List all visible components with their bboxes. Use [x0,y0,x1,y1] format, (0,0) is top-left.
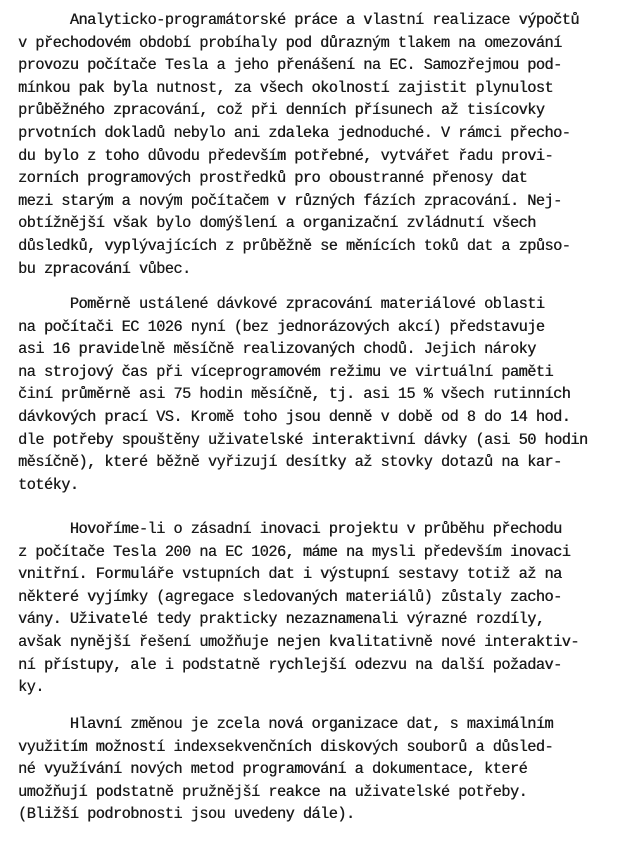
text-line: mezi starým a novým počítačem v různých … [18,190,638,213]
text-line: činí průměrně asi 75 hodin měsíčně, tj. … [18,383,638,406]
text-line: (Bližší podrobnosti jsou uvedeny dále). [18,803,638,826]
text-line: ky. [18,676,638,699]
text-line: využitím možností indexsekvenčních disko… [18,736,638,759]
paragraph-batch-processing: Poměrně ustálené dávkové zpracování mate… [18,293,638,496]
text-line: vány. Uživatelé tedy prakticky nezazname… [18,608,638,631]
text-line: dle potřeby spouštěny uživatelské intera… [18,429,638,452]
typewritten-page: Analyticko-programátorské práce a vlastn… [0,0,641,842]
text-line: umožňují podstatně pružnější reakce na u… [18,781,638,804]
text-line: zorních programových prostředků pro obou… [18,167,638,190]
text-line: dávkových prací VS. Kromě toho jsou denn… [18,406,638,429]
text-line: na počítači EC 1026 nyní (bez jednorázov… [18,316,638,339]
text-line: mínkou pak byla nutnost, za všech okolno… [18,77,638,100]
text-line: některé vyjímky (agregace sledovaných ma… [18,586,638,609]
text-line: Hlavní změnou je zcela nová organizace d… [18,713,638,736]
text-line: Analyticko-programátorské práce a vlastn… [18,9,638,32]
text-line: ní přístupy, ale i podstatně rychlejší o… [18,654,638,677]
paragraph-project-innovation: Hovoříme-li o zásadní inovaci projektu v… [18,518,638,699]
text-line: průběžného zpracování, což při denních p… [18,99,638,122]
text-line: vnitřní. Formuláře vstupních dat i výstu… [18,563,638,586]
text-line: provozu počítače Tesla a jeho přenášení … [18,54,638,77]
text-line: asi 16 pravidelně měsíčně realizovaných … [18,338,638,361]
text-line: Poměrně ustálené dávkové zpracování mate… [18,293,638,316]
text-line: z počítače Tesla 200 na EC 1026, máme na… [18,541,638,564]
text-line: totéky. [18,474,638,497]
text-line: bu zpracování vůbec. [18,258,638,281]
text-line: na strojový čas při víceprogramovém reži… [18,361,638,384]
text-line: du bylo z toho důvodu především potřebné… [18,145,638,168]
text-line: avšak nynější řešení umožňuje nejen kval… [18,631,638,654]
text-line: důsledků, vyplývajících z průběžně se mě… [18,235,638,258]
paragraph-transition-analysis: Analyticko-programátorské práce a vlastn… [18,9,638,280]
text-line: Hovoříme-li o zásadní inovaci projektu v… [18,518,638,541]
text-line: prvotních dokladů nebylo ani zdaleka jed… [18,122,638,145]
text-line: obtížnější však bylo domýšlení a organiz… [18,212,638,235]
paragraph-data-organization: Hlavní změnou je zcela nová organizace d… [18,713,638,826]
text-line: v přechodovém období probíhaly pod důraz… [18,32,638,55]
text-line: měsíčně), které běžně vyřizují desítky a… [18,451,638,474]
text-line: né využívání nových metod programování a… [18,758,638,781]
